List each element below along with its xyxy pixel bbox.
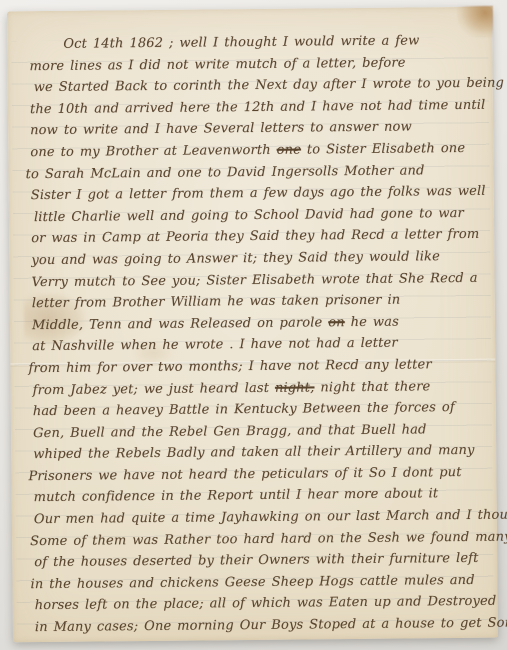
line-text: from Jabez yet; we just heard last	[33, 380, 275, 397]
letter-page: Oct 14th 1862 ; well I thought I would w…	[7, 7, 498, 643]
photo-backdrop: Oct 14th 1862 ; well I thought I would w…	[0, 0, 507, 650]
letter-line: Verry mutch to See you; Sister Elisabeth…	[31, 267, 486, 293]
letter-body: Oct 14th 1862 ; well I thought I would w…	[29, 30, 490, 639]
line-text: he was	[345, 314, 399, 330]
line-text: Middle, Tenn and was Released on parole	[32, 315, 328, 333]
line-text: night that there	[314, 379, 430, 395]
letter-line: Oct 14th 1862 ; well I thought I would w…	[29, 30, 484, 56]
struck-word: on	[328, 315, 345, 330]
struck-word: night,	[275, 380, 315, 395]
line-text: to Sister Elisabeth one	[301, 141, 465, 158]
struck-word: one	[277, 142, 301, 157]
letter-line: in Many cases; One morning Our Boys Stop…	[35, 613, 490, 639]
line-text: one to my Brother at Leavenworth	[30, 143, 276, 160]
